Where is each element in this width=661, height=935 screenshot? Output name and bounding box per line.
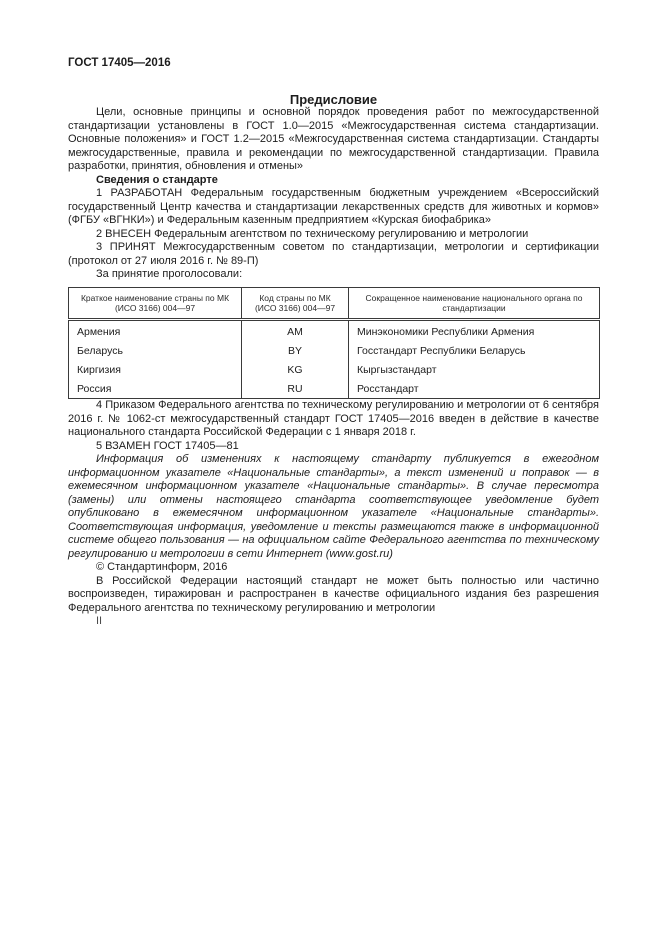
- table-row: Армения AM Минэкономики Республики Армен…: [69, 319, 600, 341]
- doc-code: ГОСТ 17405—2016: [68, 57, 599, 71]
- table-header-country: Краткое наименование страны по МК (ИСО 3…: [69, 287, 242, 319]
- table-row: Беларусь BY Госстандарт Республики Белар…: [69, 341, 600, 360]
- code-cell: KG: [242, 360, 349, 379]
- country-cell: Россия: [69, 379, 242, 399]
- clause-1-developed: 1 РАЗРАБОТАН Федеральным государственным…: [68, 187, 599, 228]
- body-cell: Минэкономики Республики Армения: [349, 319, 600, 341]
- clause-5-replaces: 5 ВЗАМЕН ГОСТ 17405—81: [68, 440, 599, 454]
- amendments-notice: Информация об изменениях к настоящему ст…: [68, 453, 599, 561]
- body-cell: Госстандарт Республики Беларусь: [349, 341, 600, 360]
- document-page: ГОСТ 17405—2016 Предисловие Цели, основн…: [0, 0, 661, 935]
- country-cell: Армения: [69, 319, 242, 341]
- table-header-row: Краткое наименование страны по МК (ИСО 3…: [69, 287, 600, 319]
- intro-paragraph: Цели, основные принципы и основной поряд…: [68, 106, 599, 174]
- body-cell: Кыргызстандарт: [349, 360, 600, 379]
- voting-table: Краткое наименование страны по МК (ИСО 3…: [68, 287, 600, 400]
- country-cell: Киргизия: [69, 360, 242, 379]
- code-cell: RU: [242, 379, 349, 399]
- code-cell: AM: [242, 319, 349, 341]
- page-number: II: [68, 615, 599, 629]
- table-row: Киргизия KG Кыргызстандарт: [69, 360, 600, 379]
- body-cell: Росстандарт: [349, 379, 600, 399]
- code-cell: BY: [242, 341, 349, 360]
- country-cell: Беларусь: [69, 341, 242, 360]
- table-header-body: Сокращенное наименование национального о…: [349, 287, 600, 319]
- clause-4-enacted: 4 Приказом Федерального агентства по тех…: [68, 399, 599, 440]
- table-header-code: Код страны по МК (ИСО 3166) 004—97: [242, 287, 349, 319]
- page-title: Предисловие: [68, 93, 599, 107]
- standard-info-heading: Сведения о стандарте: [68, 174, 599, 188]
- reproduction-notice: В Российской Федерации настоящий стандар…: [68, 575, 599, 616]
- vote-caption: За принятие проголосовали:: [68, 268, 599, 282]
- copyright-line: © Стандартинформ, 2016: [68, 561, 599, 575]
- table-row: Россия RU Росстандарт: [69, 379, 600, 399]
- clause-2-submitted: 2 ВНЕСЕН Федеральным агентством по техни…: [68, 228, 599, 242]
- clause-3-adopted: 3 ПРИНЯТ Межгосударственным советом по с…: [68, 241, 599, 268]
